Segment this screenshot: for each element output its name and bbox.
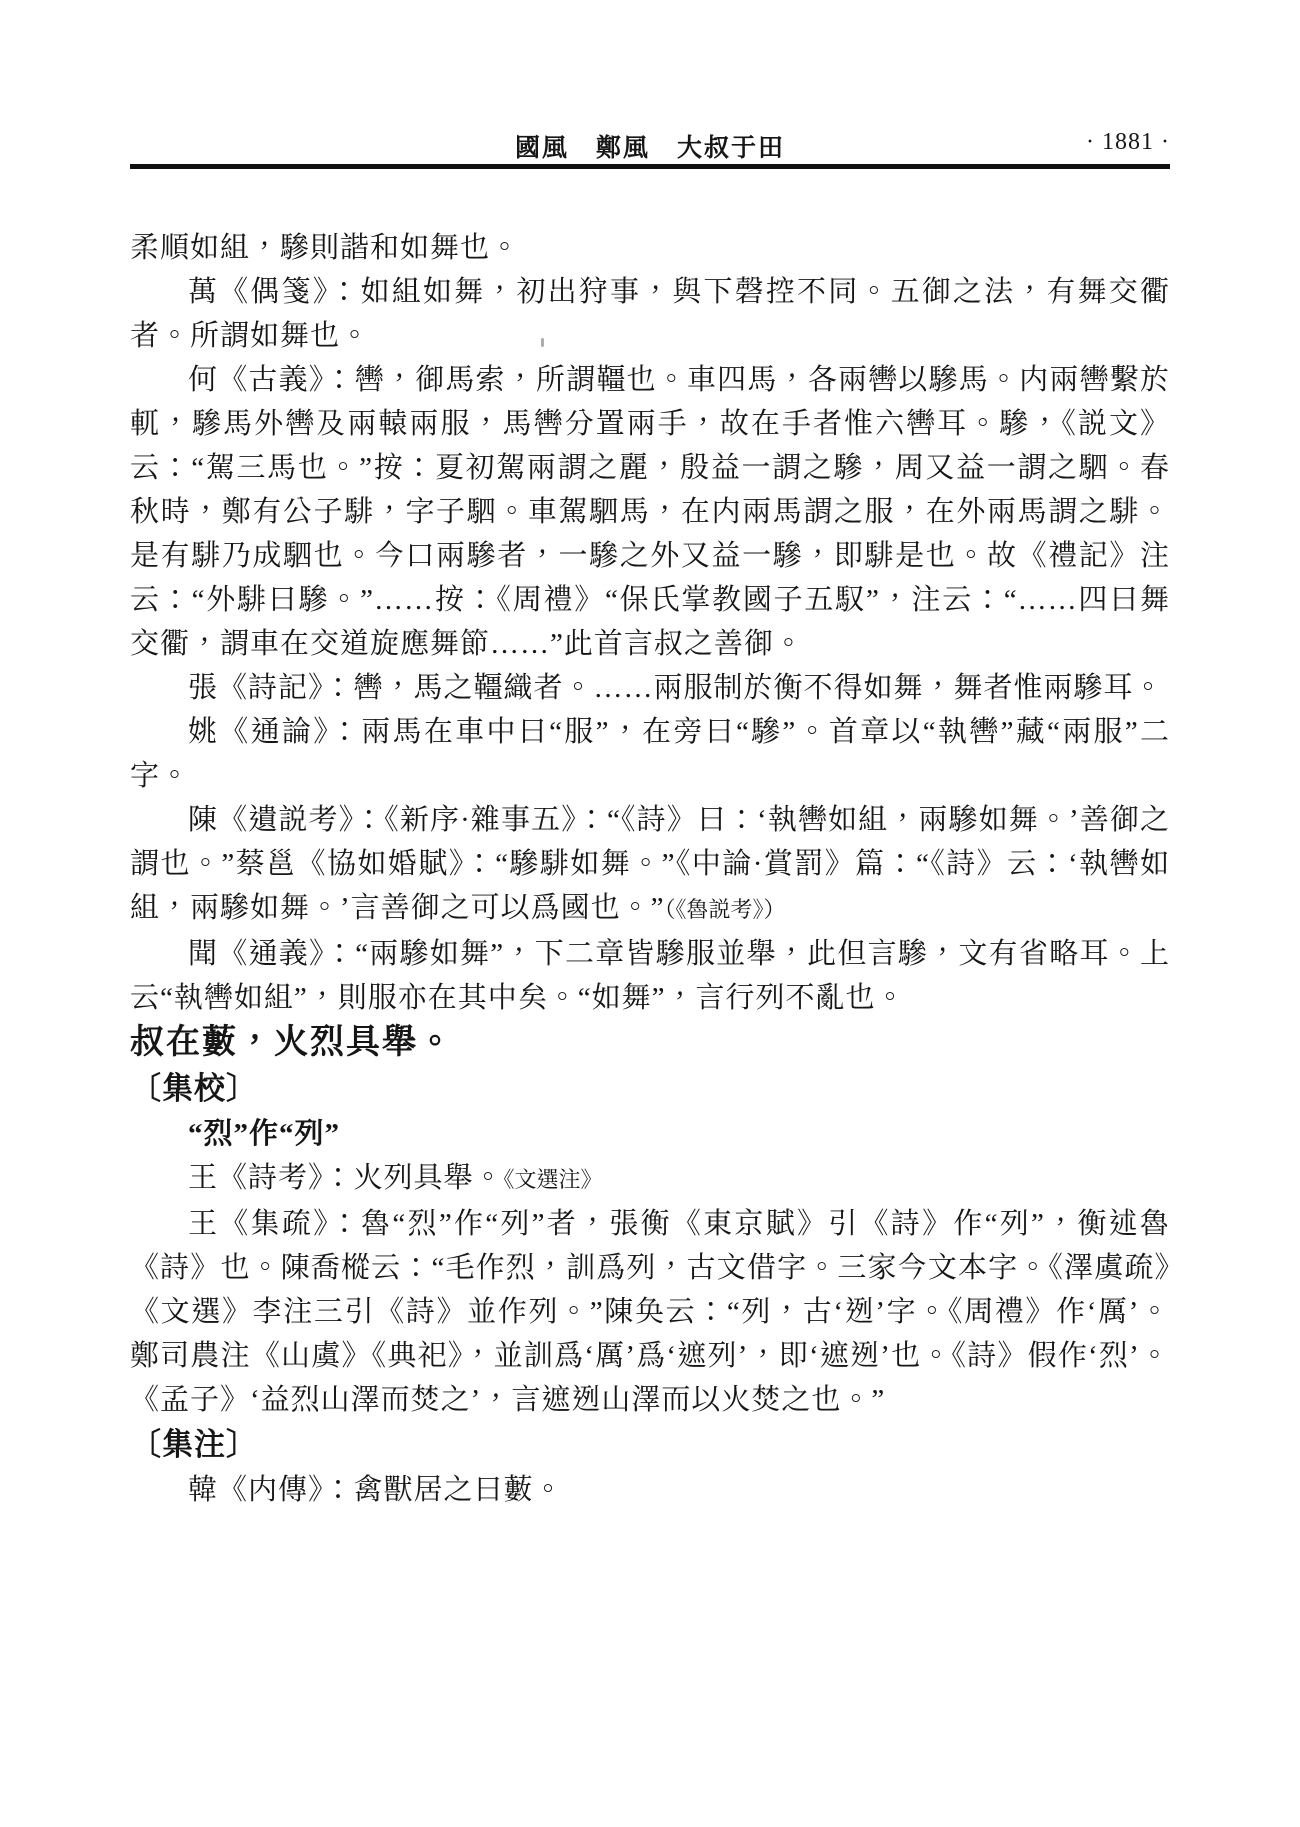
paragraph: “烈”作“列” — [130, 1112, 1170, 1156]
paragraph-text: 萬《偶箋》：如組如舞，初出狩事，與下磬控不同。五御之法，有舞交衢者。所謂如舞也。 — [130, 276, 1170, 352]
paragraph: 聞《通義》：“兩驂如舞”，下二章皆驂服並舉，此但言驂，文有省略耳。上云“執轡如組… — [130, 932, 1170, 1020]
book-page: 國風 鄭風 大叔于田 · 1881 · 柔順如組，驂則諧和如舞也。 萬《偶箋》：… — [0, 0, 1300, 1827]
inline-note: 《文選注》 — [504, 1167, 603, 1192]
paragraph: 柔順如組，驂則諧和如舞也。 — [130, 226, 1170, 270]
paragraph: 〔集注〕 — [130, 1422, 1170, 1468]
paragraph: 張《詩記》：轡，馬之韁織者。……兩服制於衡不得如舞，舞者惟兩驂耳。 — [130, 666, 1170, 710]
paragraph: 〔集校〕 — [130, 1066, 1170, 1112]
paragraph-text: 何《古義》：轡，御馬索，所謂韁也。車四馬，各兩轡以驂馬。内兩轡繫於軏，驂馬外轡及… — [130, 364, 1170, 660]
page-number: · 1881 · — [1086, 129, 1170, 156]
running-title: 國風 鄭風 大叔于田 — [130, 128, 1170, 164]
paragraph: 韓《内傳》：禽獸居之曰藪。 — [130, 1468, 1170, 1512]
paragraph: 王《詩考》：火列具舉。《文選注》 — [130, 1156, 1170, 1202]
paragraph: 陳《遺説考》：《新序·雜事五》：“《詩》曰：‘執轡如組，兩驂如舞。’善御之謂也。… — [130, 798, 1170, 932]
paragraph: 叔在藪，火烈具舉。 — [130, 1020, 1170, 1066]
paragraph-text: 王《詩考》：火列具舉。 — [188, 1162, 504, 1194]
paragraph-text: 韓《内傳》：禽獸居之曰藪。 — [188, 1474, 564, 1506]
paragraph: 何《古義》：轡，御馬索，所謂韁也。車四馬，各兩轡以驂馬。内兩轡繫於軏，驂馬外轡及… — [130, 358, 1170, 666]
paragraph-text: 王《集疏》：魯“烈”作“列”者，張衡《東京賦》引《詩》作“列”，衡述魯《詩》也。… — [130, 1208, 1170, 1416]
paragraph-text: 姚《通論》：兩馬在車中曰“服”，在旁曰“驂”。首章以“執轡”藏“兩服”二字。 — [130, 716, 1170, 792]
paragraph-text: 陳《遺説考》：《新序·雜事五》：“《詩》曰：‘執轡如組，兩驂如舞。’善御之謂也。… — [130, 804, 1170, 924]
paragraph-text: “烈”作“列” — [188, 1118, 340, 1150]
paragraph-text: 張《詩記》：轡，馬之韁織者。……兩服制於衡不得如舞，舞者惟兩驂耳。 — [188, 672, 1164, 704]
scan-artifact — [541, 338, 544, 347]
page-content: 柔順如組，驂則諧和如舞也。 萬《偶箋》：如組如舞，初出狩事，與下磬控不同。五御之… — [130, 169, 1170, 1512]
paragraph-text: 〔集校〕 — [130, 1071, 258, 1106]
paragraph-text: 〔集注〕 — [130, 1427, 258, 1462]
paragraph-text: 聞《通義》：“兩驂如舞”，下二章皆驂服並舉，此但言驂，文有省略耳。上云“執轡如組… — [130, 938, 1170, 1014]
inline-note: （《魯説考》） — [665, 897, 786, 922]
paragraph: 萬《偶箋》：如組如舞，初出狩事，與下磬控不同。五御之法，有舞交衢者。所謂如舞也。 — [130, 270, 1170, 358]
paragraph-text: 柔順如組，驂則諧和如舞也。 — [130, 232, 520, 264]
paragraph: 姚《通論》：兩馬在車中曰“服”，在旁曰“驂”。首章以“執轡”藏“兩服”二字。 — [130, 710, 1170, 798]
page-header: 國風 鄭風 大叔于田 · 1881 · — [130, 128, 1170, 162]
paragraph-text: 叔在藪，火烈具舉。 — [130, 1024, 454, 1061]
paragraph: 王《集疏》：魯“烈”作“列”者，張衡《東京賦》引《詩》作“列”，衡述魯《詩》也。… — [130, 1202, 1170, 1422]
